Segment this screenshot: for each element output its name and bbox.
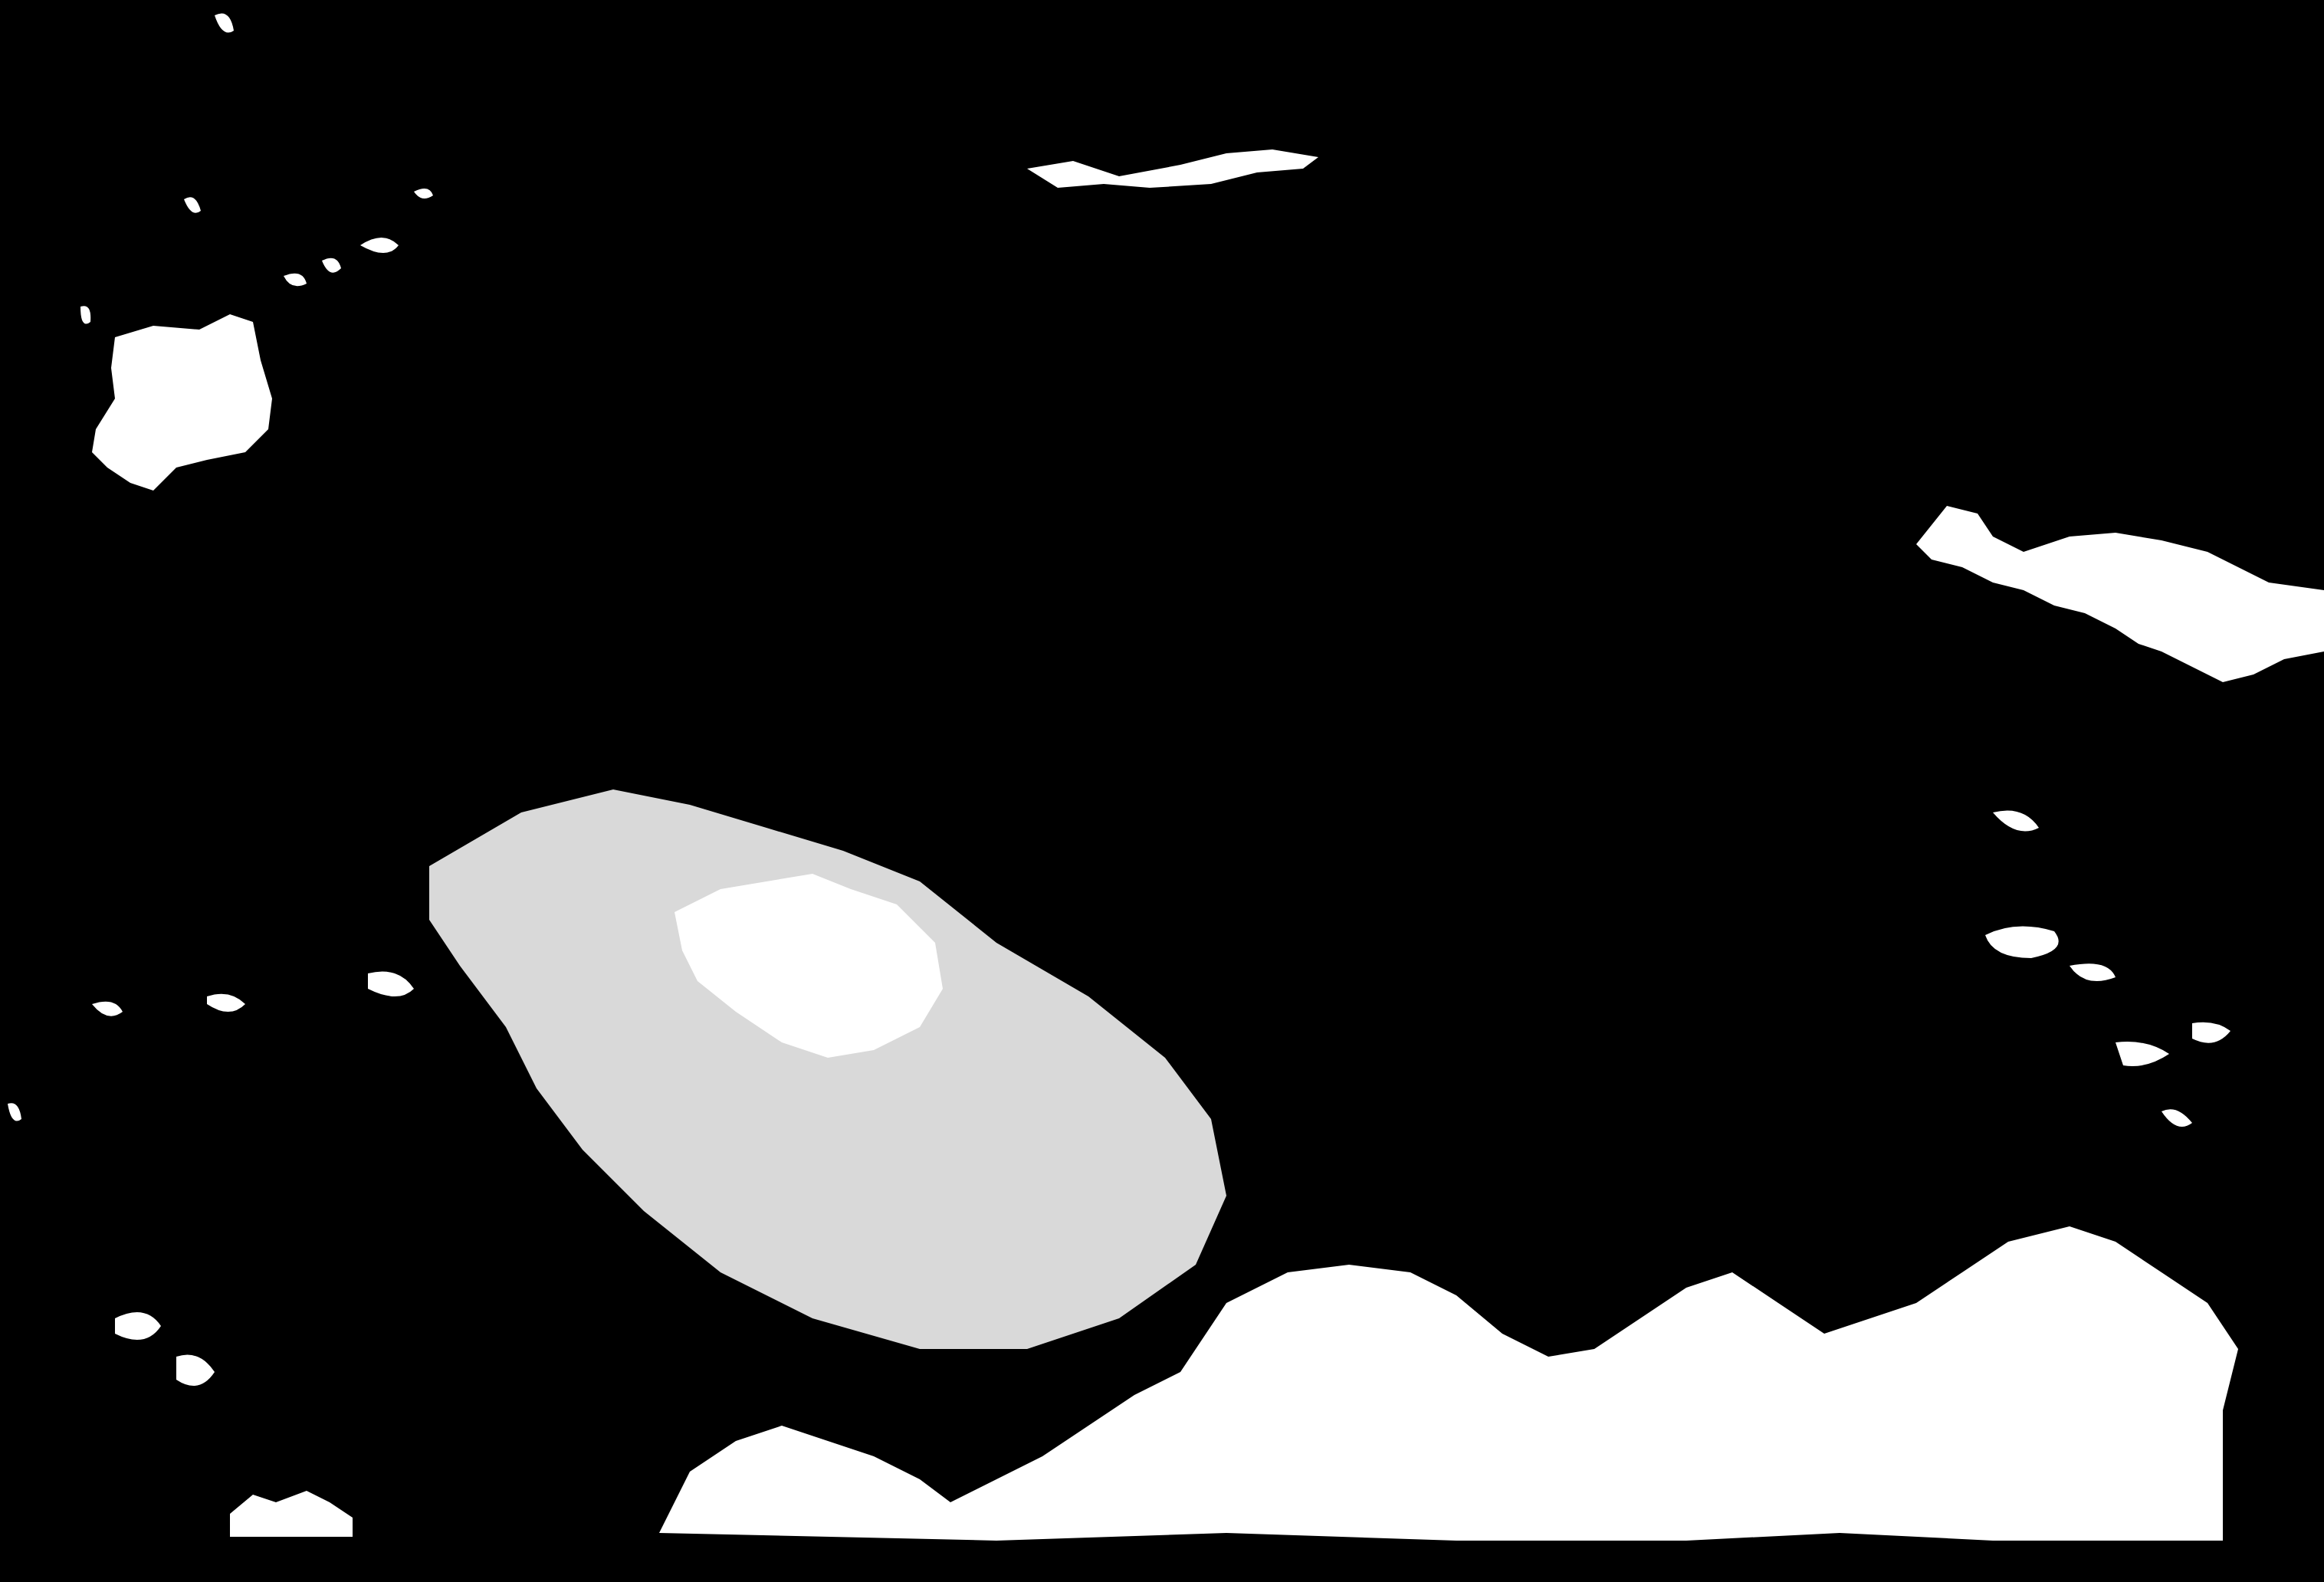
cloud-mask-canvas — [0, 0, 2324, 1582]
cloud-mask-image — [0, 0, 2324, 1582]
